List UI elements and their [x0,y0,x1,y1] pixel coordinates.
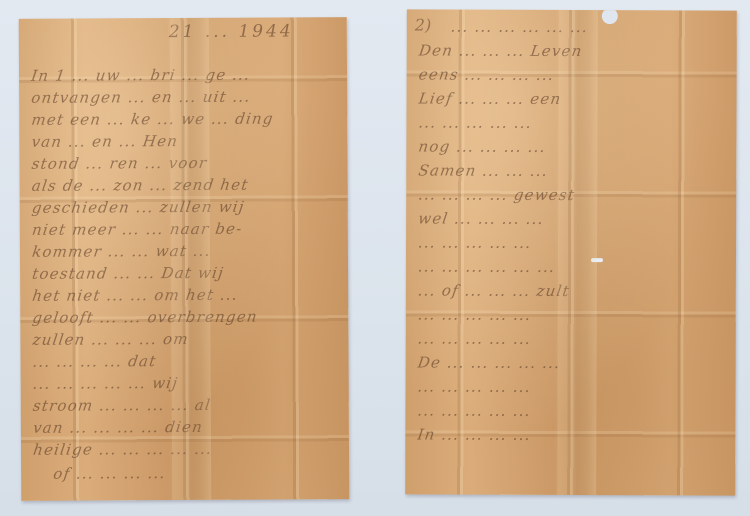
handwritten-line: De ... ... ... ... ... [416,353,727,376]
handwritten-line: van ... en ... Hen [30,131,339,155]
handwritten-text: ... ... ... ... ... ... Den ... ... ... … [417,9,727,495]
handwritten-line: ... ... ... ... ... [417,113,728,136]
handwritten-line: ... ... ... ... dat [31,351,340,375]
handwritten-line: ... ... ... ... ... [416,377,727,400]
handwritten-line: ... ... ... ... ... [416,233,727,256]
handwritten-line: ... ... ... ... ... ... [449,18,728,41]
handwritten-line: ... ... ... ... ... wij [31,373,340,397]
handwritten-line: nog ... ... ... ... [417,137,728,160]
handwritten-line: Samen ... ... ... [417,161,728,184]
paper-hole [591,258,603,262]
handwritten-line: ... ... ... ... ... ... [416,257,727,280]
handwritten-line: gelooft ... ... overbrengen [31,307,340,331]
handwritten-line: ... ... ... ... gewest [417,185,728,208]
handwritten-line: als de ... zon ... zend het [30,175,339,199]
handwritten-line: niet meer ... ... naar be- [30,219,339,243]
handwritten-line: met een ... ke ... we ... ding [30,109,339,133]
handwritten-line: zullen ... ... ... om [31,329,340,353]
handwritten-line: ontvangen ... en ... uit ... [30,87,339,111]
handwritten-line: stond ... ren ... voor [30,153,339,177]
letter-page-1: 21 ... 1944 In 1 ... uw ... bri ... ge .… [19,17,350,501]
handwritten-line: In 1 ... uw ... bri ... ge ... [30,65,339,89]
handwritten-line: Den ... ... ... Leven [417,41,728,64]
handwritten-line: ... of ... ... ... zult [416,281,727,304]
handwritten-line: geschieden ... zullen wij [30,197,339,221]
handwritten-line: wel ... ... ... ... [417,209,728,232]
handwritten-line: of ... ... ... ... [52,463,341,487]
letter-page-2: 2) ... ... ... ... ... ... Den ... ... .… [405,9,737,495]
handwritten-text: In 1 ... uw ... bri ... ge ... ontvangen… [31,17,340,501]
handwritten-line: ... ... ... ... ... [416,401,727,424]
handwritten-line: ... ... ... ... ... [416,329,727,352]
handwritten-line: eens ... ... ... ... [417,65,728,88]
handwritten-line: Lief ... ... ... een [417,89,728,112]
handwritten-line: In ... ... ... ... [416,425,727,448]
handwritten-line: heilige ... ... ... ... ... [32,439,341,463]
handwritten-line: ... ... ... ... ... [416,305,727,328]
handwritten-line: het niet ... ... om het ... [31,285,340,309]
handwritten-line: stroom ... ... ... ... al [31,395,340,419]
handwritten-line: toestand ... ... Dat wij [31,263,340,287]
handwritten-line: kommer ... ... wat ... [30,241,339,265]
handwritten-line: van ... ... ... ... dien [31,417,340,441]
